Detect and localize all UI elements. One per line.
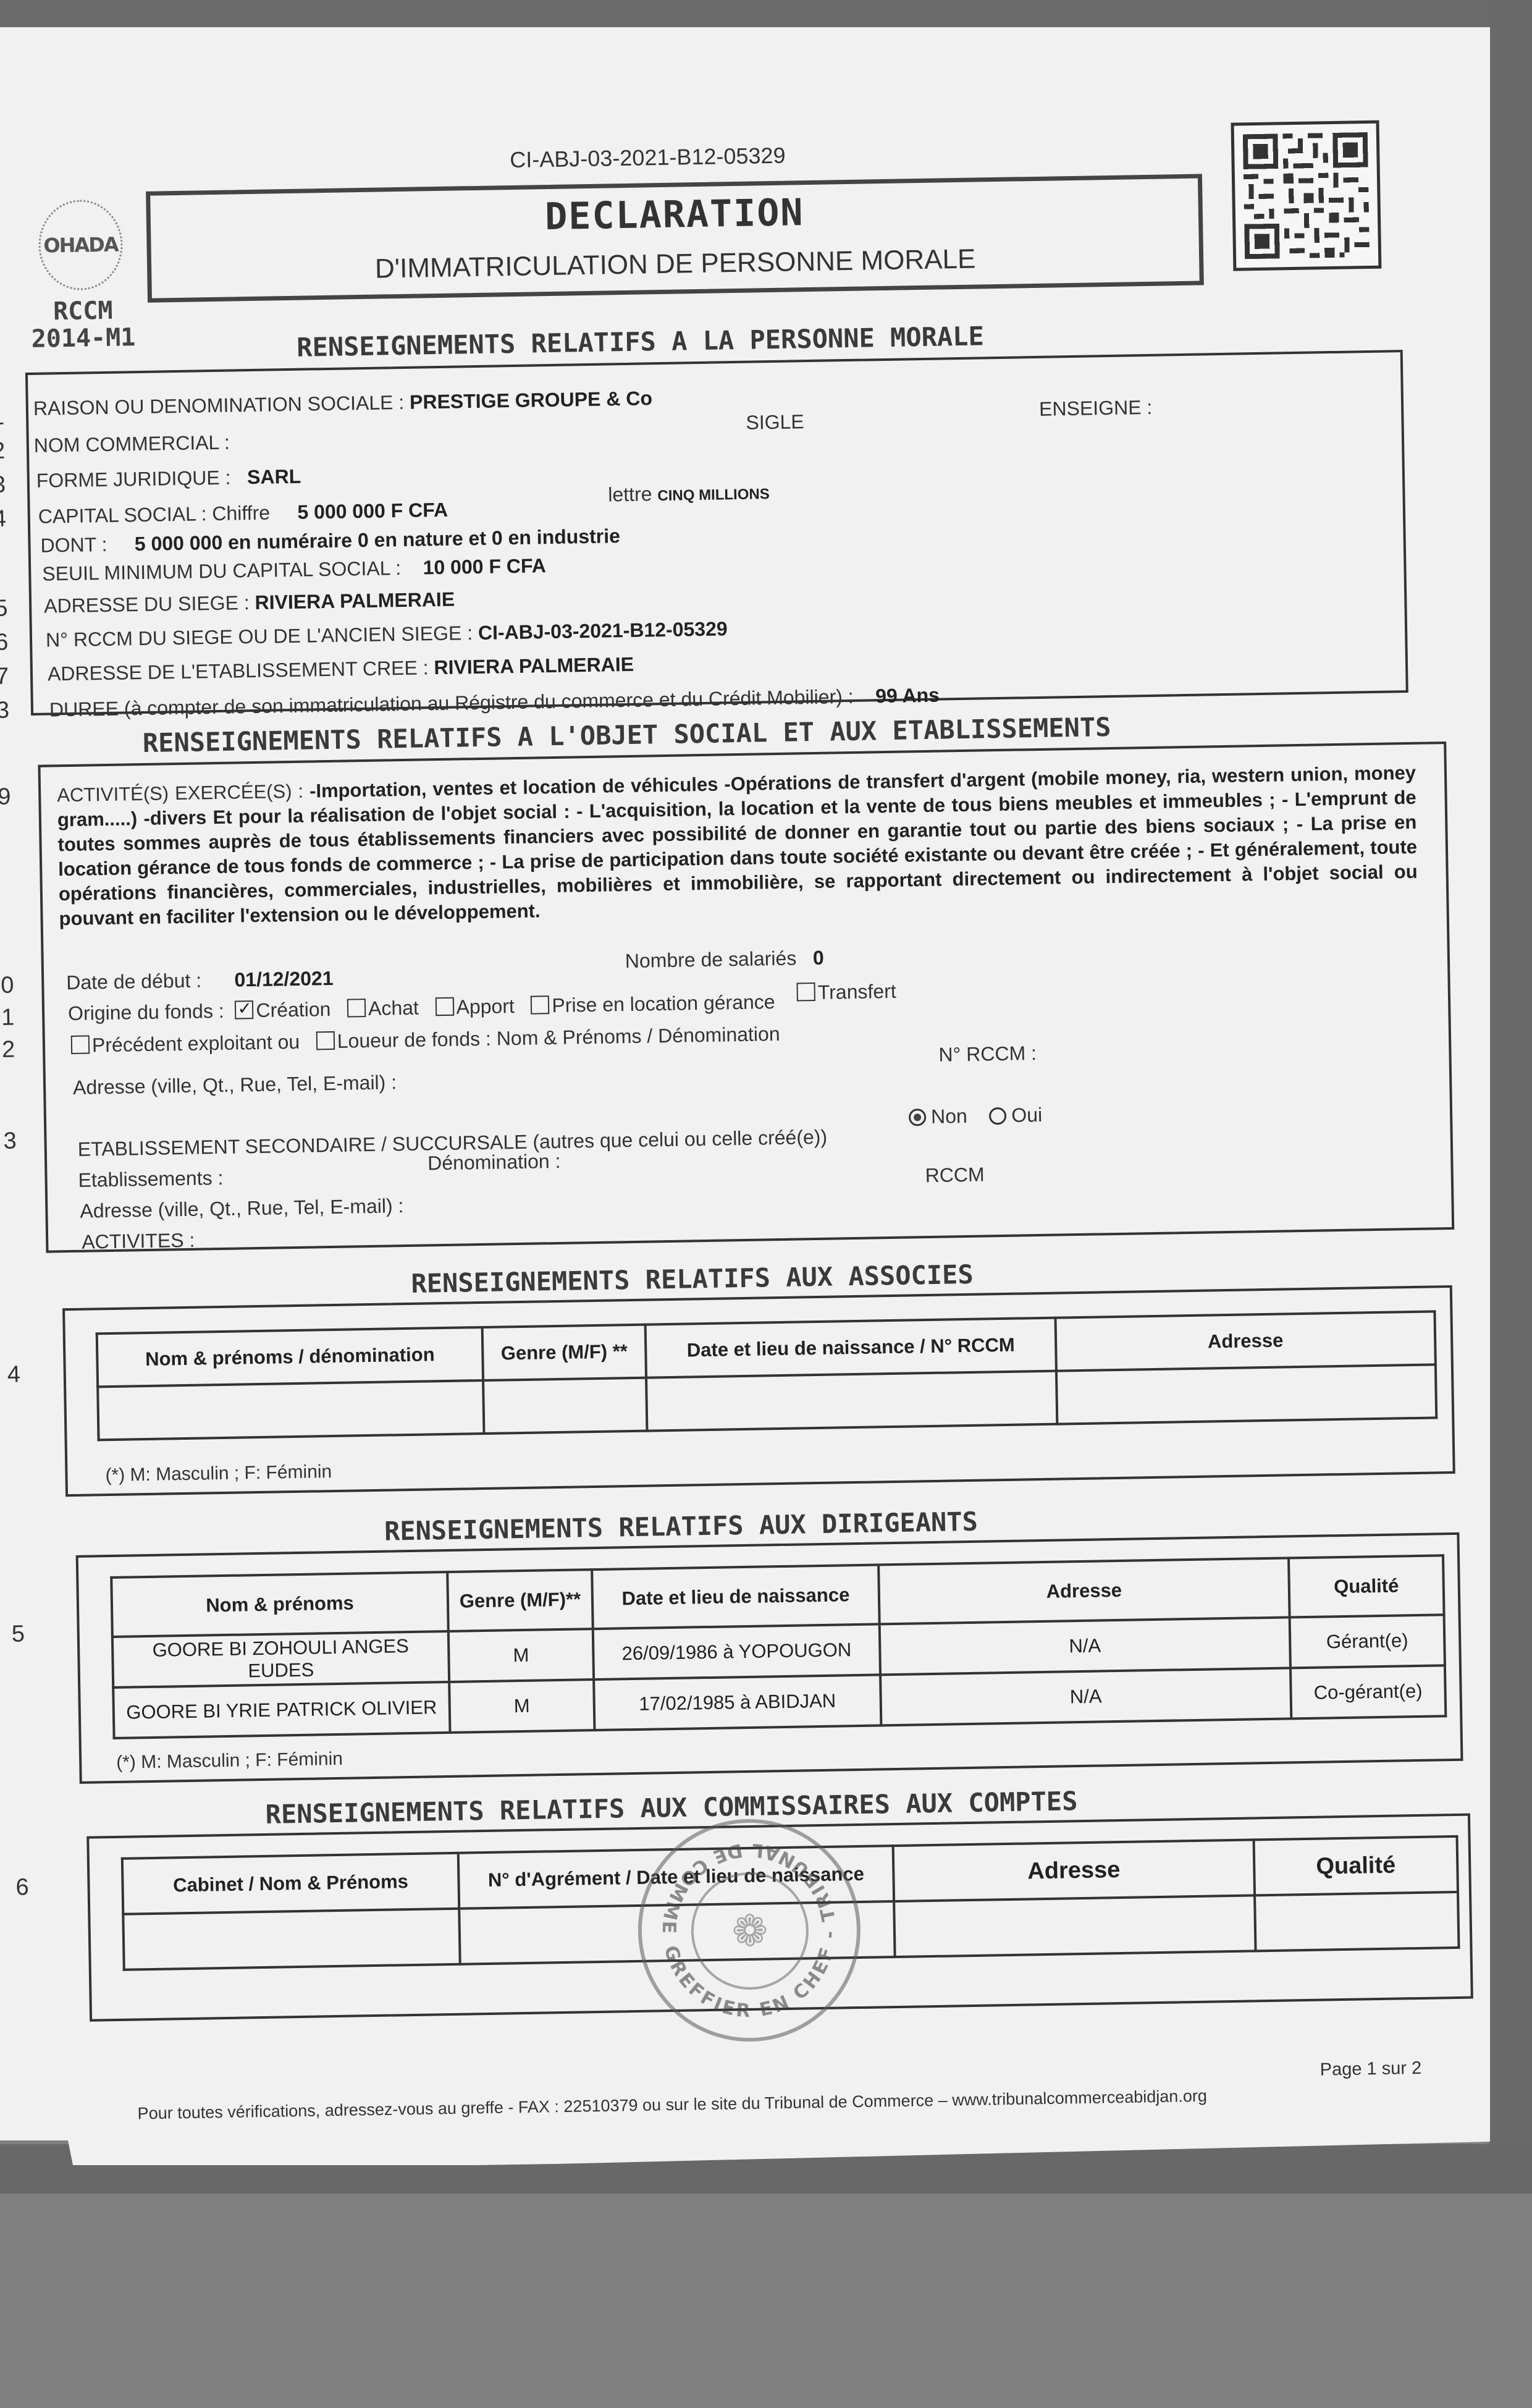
checkbox-checked-icon[interactable] xyxy=(235,1000,253,1019)
dirigeant-adresse: N/A xyxy=(880,1668,1291,1725)
adresse-siege-value: RIVIERA PALMERAIE xyxy=(255,588,455,614)
activites-label: ACTIVITÉ(S) EXERCÉE(S) : xyxy=(57,780,303,806)
line-number: 9 xyxy=(0,784,11,811)
rccm-siege-value: CI-ABJ-03-2021-B12-05329 xyxy=(478,617,728,644)
forme-juridique-label: FORME JURIDIQUE : xyxy=(36,467,231,492)
page-number: Page 1 sur 2 xyxy=(1319,2058,1421,2081)
line-number: 7 xyxy=(0,664,9,690)
capital-lettre-field: lettre CINQ MILLIONS xyxy=(608,481,770,506)
column-header: Date et lieu de naissance xyxy=(592,1565,880,1629)
line-number: 3 xyxy=(0,698,9,724)
dirigeant-name: GOORE BI ZOHOULI ANGES EUDES xyxy=(112,1631,449,1688)
activites-secondaire-label: ACTIVITES : xyxy=(82,1229,195,1254)
dirigeant-genre: M xyxy=(449,1679,594,1733)
date-debut-value: 01/12/2021 xyxy=(234,967,334,991)
table-cell[interactable] xyxy=(894,1895,1255,1957)
column-header: Nom & prénoms xyxy=(111,1572,448,1637)
line-number: 6 xyxy=(0,630,9,656)
title-box: DECLARATION D'IMMATRICULATION DE PERSONN… xyxy=(146,174,1204,302)
scanner-border-right xyxy=(1489,0,1532,2187)
forme-juridique-value: SARL xyxy=(247,465,301,488)
origine-option-label: Apport xyxy=(456,995,515,1018)
nombre-salaries-field: Nombre de salariés 0 xyxy=(625,947,824,973)
section-title-personne-morale: RENSEIGNEMENTS RELATIFS A LA PERSONNE MO… xyxy=(297,321,984,362)
scanned-page: OHADA RCCM 2014-M1 CI-ABJ-03-2021-B12-05… xyxy=(0,27,1490,2165)
column-header: Adresse xyxy=(878,1558,1290,1624)
associes-table: Nom & prénoms / dénomination Genre (M/F)… xyxy=(96,1310,1438,1441)
reference-number: CI-ABJ-03-2021-B12-05329 xyxy=(510,143,786,173)
section-title-associes: RENSEIGNEMENTS RELATIFS AUX ASSOCIES xyxy=(411,1259,974,1299)
origine-option-creation[interactable]: Création xyxy=(235,998,331,1022)
adresse-etab-value: RIVIERA PALMERAIE xyxy=(434,653,634,678)
column-header: Genre (M/F) ** xyxy=(482,1325,646,1380)
radio-non[interactable]: Non xyxy=(909,1105,967,1128)
column-header: Qualité xyxy=(1289,1555,1444,1617)
form-code-line1: RCCM xyxy=(21,297,145,326)
nombre-salaries-value: 0 xyxy=(813,947,824,969)
enseigne-label: ENSEIGNE : xyxy=(1039,396,1153,421)
activites-field: ACTIVITÉ(S) EXERCÉE(S) : -Importation, v… xyxy=(57,761,1418,931)
radio-oui[interactable]: Oui xyxy=(989,1104,1042,1126)
column-header: Qualité xyxy=(1254,1836,1458,1895)
duree-value: 99 Ans xyxy=(875,684,940,708)
checkbox-icon[interactable] xyxy=(316,1031,335,1050)
etablissement-secondaire-options: Non Oui xyxy=(909,1104,1043,1129)
section-title-dirigeants: RENSEIGNEMENTS RELATIFS AUX DIRIGEANTS xyxy=(384,1506,979,1547)
dirigeants-table: Nom & prénoms Genre (M/F)** Date et lieu… xyxy=(110,1554,1447,1739)
dont-label: DONT : xyxy=(40,533,107,557)
dirigeant-name: GOORE BI YRIE PATRICK OLIVIER xyxy=(113,1682,450,1738)
date-debut-field: Date de début : 01/12/2021 xyxy=(66,967,334,994)
genre-legend-dirigeants: (*) M: Masculin ; F: Féminin xyxy=(116,1749,343,1773)
ohada-logo-text: OHADA xyxy=(43,233,118,258)
capital-lettre-label: lettre xyxy=(608,483,652,505)
line-number: 5 xyxy=(11,1621,25,1647)
dirigeant-adresse: N/A xyxy=(880,1617,1290,1675)
origine-option-apport[interactable]: Apport xyxy=(435,995,515,1018)
forme-juridique-field: FORME JURIDIQUE : SARL xyxy=(36,465,301,492)
origine-option-location-gerance[interactable]: Prise en location gérance xyxy=(531,991,775,1017)
form-code: RCCM 2014-M1 xyxy=(21,297,145,353)
column-header: Cabinet / Nom & Prénoms xyxy=(122,1853,459,1914)
sigle-label: SIGLE xyxy=(746,410,804,434)
checkbox-icon[interactable] xyxy=(435,997,453,1016)
capital-lettre-value: CINQ MILLIONS xyxy=(657,486,770,504)
scanner-border-top xyxy=(0,0,1532,31)
dirigeant-naissance: 26/09/1986 à YOPOUGON xyxy=(593,1624,880,1679)
form-code-line2: 2014-M1 xyxy=(22,324,146,353)
nom-commercial-label: NOM COMMERCIAL : xyxy=(34,431,230,457)
footer-note: Pour toutes vérifications, adressez-vous… xyxy=(137,2087,1207,2124)
radio-non-label: Non xyxy=(931,1105,967,1128)
line-number: 5 xyxy=(0,596,8,622)
radio-selected-icon[interactable] xyxy=(909,1109,926,1126)
checkbox-icon[interactable] xyxy=(71,1035,90,1054)
qr-code-graphic xyxy=(1243,132,1370,259)
precedent-exploitant-option[interactable]: Précédent exploitant ou xyxy=(71,1031,300,1057)
dirigeant-naissance: 17/02/1985 à ABIDJAN xyxy=(594,1675,881,1730)
nom-commercial-field: NOM COMMERCIAL : xyxy=(34,431,230,457)
line-number: 0 xyxy=(1,973,14,999)
dirigeant-qualite: Gérant(e) xyxy=(1290,1615,1445,1668)
page-content: OHADA RCCM 2014-M1 CI-ABJ-03-2021-B12-05… xyxy=(0,15,1508,2178)
column-header: Adresse xyxy=(893,1840,1255,1901)
line-number: 1 xyxy=(0,404,5,431)
line-number: 4 xyxy=(0,506,6,533)
origine-option-label: Création xyxy=(256,998,331,1021)
checkbox-icon[interactable] xyxy=(797,982,815,1001)
capital-value: 5 000 000 F CFA xyxy=(297,499,448,523)
radio-icon[interactable] xyxy=(989,1107,1006,1125)
seuil-value: 10 000 F CFA xyxy=(423,554,546,578)
capital-label: CAPITAL SOCIAL : Chiffre xyxy=(38,502,270,528)
genre-legend-associes: (*) M: Masculin ; F: Féminin xyxy=(105,1461,332,1486)
page-subtitle: D'IMMATRICULATION DE PERSONNE MORALE xyxy=(151,240,1200,289)
column-header: Nom & prénoms / dénomination xyxy=(97,1327,483,1387)
line-number: 4 xyxy=(7,1361,20,1388)
origine-option-label: Achat xyxy=(368,997,419,1020)
radio-oui-label: Oui xyxy=(1011,1104,1042,1126)
column-header: Genre (M/F)** xyxy=(447,1569,593,1631)
ohada-logo-icon: OHADA xyxy=(38,199,123,290)
origine-label: Origine du fonds : xyxy=(68,1000,224,1024)
origine-option-label: Transfert xyxy=(818,980,896,1003)
table-cell[interactable] xyxy=(98,1380,484,1440)
date-debut-label: Date de début : xyxy=(66,969,201,994)
line-number: 6 xyxy=(15,1874,29,1901)
table-cell[interactable] xyxy=(483,1378,647,1434)
line-number: 2 xyxy=(2,1036,15,1063)
dirigeant-qualite: Co-gérant(e) xyxy=(1290,1665,1446,1718)
adresse-siege-label: ADRESSE DU SIEGE : xyxy=(44,591,250,617)
table-cell[interactable] xyxy=(1255,1892,1458,1951)
line-number: 1 xyxy=(1,1004,15,1031)
precedent-exploitant-label: Précédent exploitant ou xyxy=(92,1031,300,1057)
column-header: Adresse xyxy=(1056,1311,1436,1371)
line-number: 3 xyxy=(0,472,6,499)
line-number: 2 xyxy=(0,438,6,465)
table-cell[interactable] xyxy=(646,1371,1057,1431)
qr-code-icon xyxy=(1231,120,1381,271)
raison-sociale-value: PRESTIGE GROUPE & Co xyxy=(410,387,652,413)
rccm-label: RCCM xyxy=(925,1163,985,1187)
dirigeant-genre: M xyxy=(448,1629,594,1682)
table-cell[interactable] xyxy=(1056,1364,1436,1424)
official-stamp-icon: GREFFIER EN CHEF - TRIBUNAL DE COMMERCE … xyxy=(636,1817,862,2043)
etablissements-label: Etablissements : xyxy=(78,1167,223,1192)
page-title: DECLARATION xyxy=(150,185,1198,245)
origine-option-transfert[interactable]: Transfert xyxy=(797,980,896,1004)
line-number: 3 xyxy=(3,1128,17,1154)
origine-option-achat[interactable]: Achat xyxy=(347,997,419,1020)
checkbox-icon[interactable] xyxy=(347,999,366,1017)
table-cell[interactable] xyxy=(123,1909,460,1970)
column-header: Date et lieu de naissance / N° RCCM xyxy=(646,1318,1056,1378)
nombre-salaries-label: Nombre de salariés xyxy=(625,947,797,972)
nrccm-label: N° RCCM : xyxy=(938,1042,1037,1067)
origine-option-label: Prise en location gérance xyxy=(552,991,775,1016)
checkbox-icon[interactable] xyxy=(531,995,549,1014)
denomination-label: Dénomination : xyxy=(427,1150,561,1175)
